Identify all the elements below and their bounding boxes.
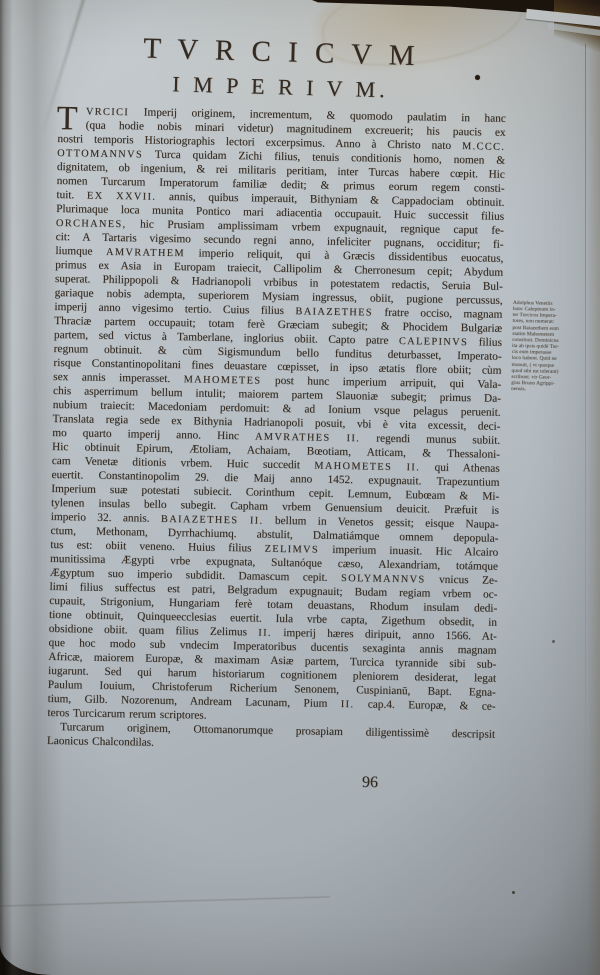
marginal-note: Adolphus Venetiishunc Calepinum in-ter T…: [511, 300, 571, 394]
page-edge-line: [585, 44, 586, 884]
paragraph-main: VRCICI Imperij originem, incrementum, & …: [47, 104, 506, 728]
page-title: T V R C I C V M I M P E R I V M.: [56, 30, 506, 106]
book-photo: T V R C I C V M I M P E R I V M. T VRCIC…: [0, 0, 600, 975]
text-line: nensis.: [511, 386, 569, 393]
fore-edge-shade: [587, 22, 600, 975]
title-line-2: I M P E R I V M.: [56, 68, 505, 106]
wormhole-speck: [552, 640, 555, 643]
paper-crease: [0, 896, 330, 906]
drop-cap: T: [56, 105, 77, 133]
wormhole-speck: [512, 891, 515, 894]
page-number: 96: [348, 774, 392, 793]
body-text: T VRCICI Imperij originem, incrementum, …: [47, 104, 506, 756]
book-page: T V R C I C V M I M P E R I V M. T VRCIC…: [0, 0, 600, 975]
